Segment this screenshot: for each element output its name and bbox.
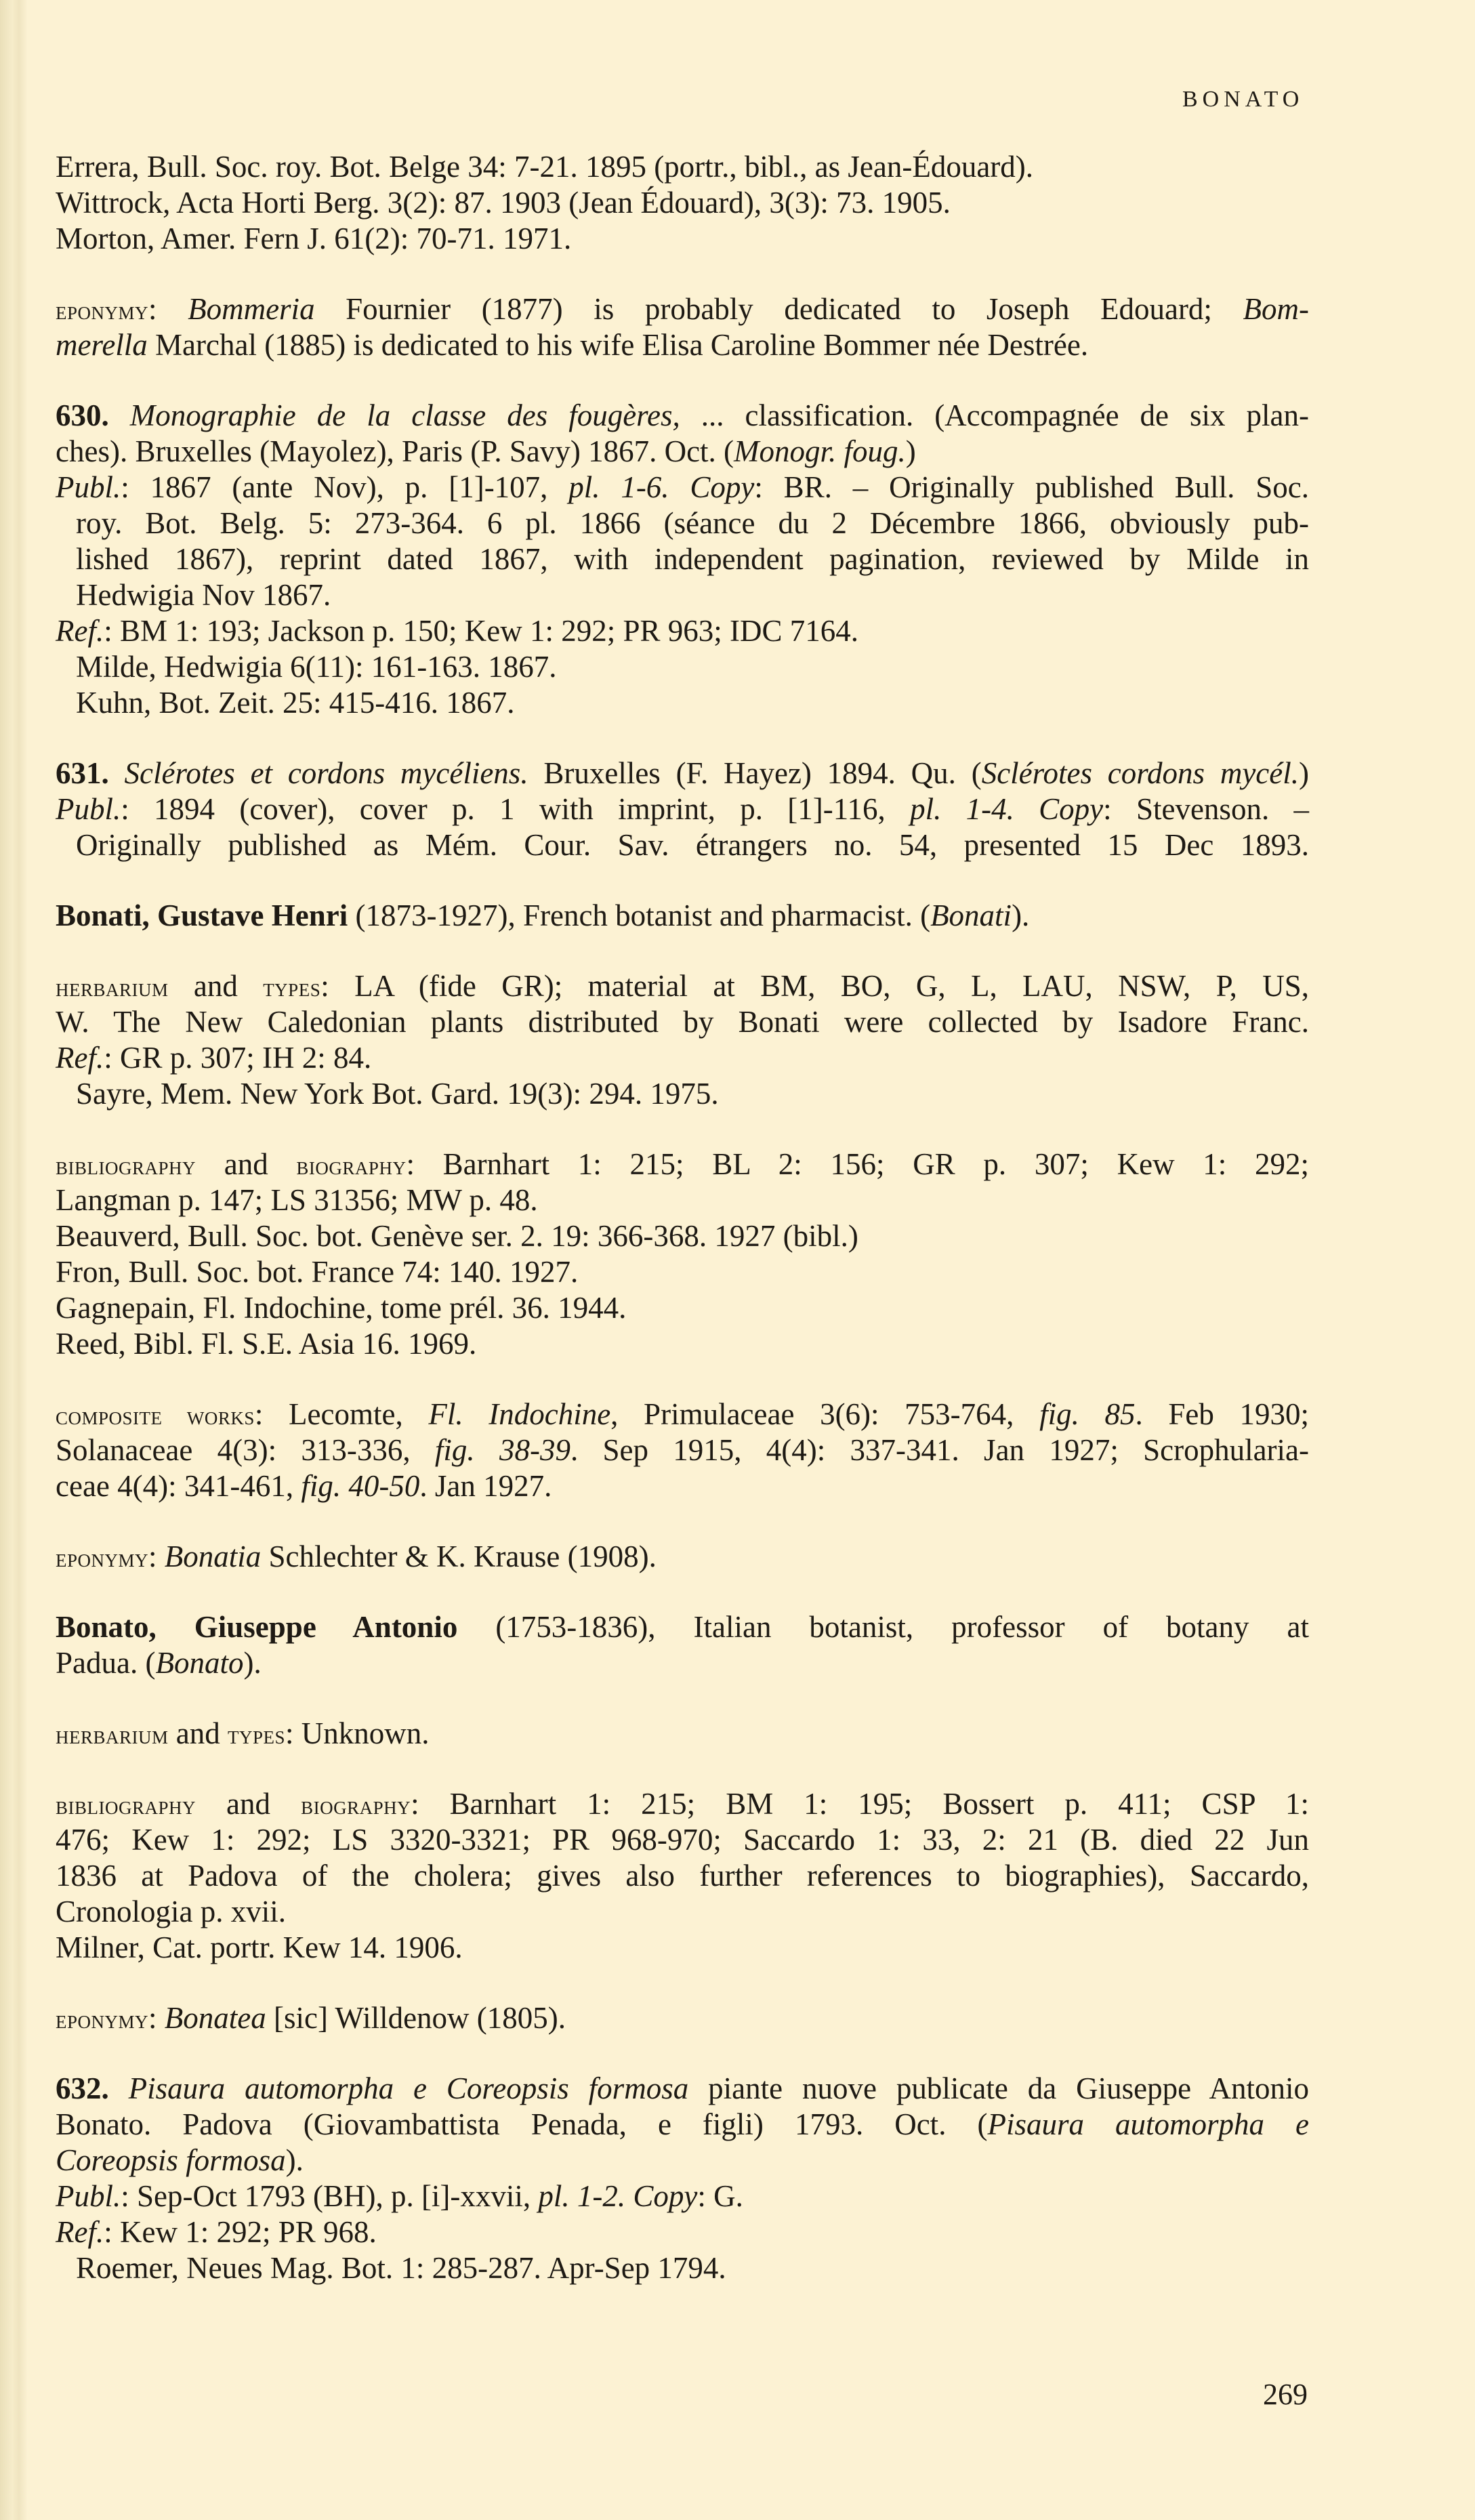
text-line: Errera, Bull. Soc. roy. Bot. Belge 34: 7…	[56, 149, 1309, 185]
text-run: roy. Bot. Belg. 5: 273-364. 6 pl. 1866 (…	[76, 506, 1309, 540]
italic-run: fig. 38-39	[435, 1433, 570, 1467]
text-run: : 1867 (ante Nov), p. [1]-107,	[121, 470, 568, 504]
text-line: Langman p. 147; LS 31356; MW p. 48.	[56, 1182, 1309, 1218]
text-line: HERBARIUM and TYPES: LA (fide GR); mater…	[56, 968, 1309, 1004]
text-line: 630. Monographie de la classe des fougèr…	[56, 398, 1309, 434]
text-run: Fournier (1877) is probably dedicated to…	[315, 292, 1243, 326]
text-line: ches). Bruxelles (Mayolez), Paris (P. Sa…	[56, 434, 1309, 470]
text-line: Reed, Bibl. Fl. S.E. Asia 16. 1969.	[56, 1326, 1309, 1362]
text-run: and	[196, 1147, 296, 1181]
text-line: HERBARIUM and TYPES: Unknown.	[56, 1716, 1309, 1752]
text-run: Solanaceae 4(3): 313-336,	[56, 1433, 435, 1467]
text-run: : Barnhart 1: 215; BM 1: 195; Bossert p.…	[411, 1787, 1309, 1821]
text-run: . Jan 1927.	[419, 1469, 552, 1503]
text-line: EPONYMY: Bonatia Schlechter & K. Krause …	[56, 1539, 1309, 1575]
italic-run: Publ.	[56, 470, 121, 504]
italic-run: pl. 1-6. Copy	[568, 470, 754, 504]
smallcaps-label: BIOGRAPHY	[301, 1792, 411, 1820]
text-run: : Kew 1: 292; PR 968.	[104, 2215, 377, 2249]
text-line: Bonati, Gustave Henri (1873-1927), Frenc…	[56, 898, 1309, 934]
italic-run: Bom-	[1243, 292, 1309, 326]
italic-run: Monographie de la classe des fougères,	[130, 398, 680, 432]
text-line: roy. Bot. Belg. 5: 273-364. 6 pl. 1866 (…	[76, 505, 1309, 541]
italic-run: Sclérotes et cordons mycéliens.	[125, 756, 528, 790]
italic-run: Ref.	[56, 1041, 104, 1075]
text-run: . Feb 1930;	[1135, 1397, 1309, 1431]
smallcaps-label: EPONYMY	[56, 2006, 148, 2034]
text-run: Originally published as Mém. Cour. Sav. …	[76, 828, 1309, 862]
smallcaps-label: EPONYMY	[56, 297, 148, 325]
smallcaps-label: HERBARIUM	[56, 974, 169, 1002]
italic-run: Ref.	[56, 2215, 104, 2249]
text-run: : BR. – Originally published Bull. Soc.	[754, 470, 1309, 504]
text-run: Fron, Bull. Soc. bot. France 74: 140. 19…	[56, 1255, 578, 1289]
bold-heading: Bonato, Giuseppe Antonio	[56, 1610, 457, 1644]
text-run: : GR p. 307; IH 2: 84.	[104, 1041, 371, 1075]
text-run: )	[906, 434, 916, 468]
smallcaps-label: HERBARIUM	[56, 1721, 169, 1750]
text-run: Bruxelles (F. Hayez) 1894. Qu. (	[528, 756, 982, 790]
book-page: BONATO Errera, Bull. Soc. roy. Bot. Belg…	[0, 0, 1475, 2520]
text-run: : Stevenson. –	[1103, 792, 1309, 826]
text-run: Beauverd, Bull. Soc. bot. Genève ser. 2.…	[56, 1219, 858, 1253]
smallcaps-label: EPONYMY	[56, 1544, 148, 1573]
text-run: ).	[286, 2143, 304, 2177]
text-run	[109, 2071, 129, 2105]
text-run: , Primulaceae 3(6): 753-764,	[610, 1397, 1039, 1431]
text-run: Reed, Bibl. Fl. S.E. Asia 16. 1969.	[56, 1327, 476, 1361]
text-line: Sayre, Mem. New York Bot. Gard. 19(3): 2…	[76, 1076, 1309, 1112]
bold-heading: 631.	[56, 756, 109, 790]
italic-run: fig. 40-50	[301, 1469, 419, 1503]
text-run: ).	[1012, 898, 1029, 932]
text-run: Marchal (1885) is dedicated to his wife …	[148, 328, 1088, 362]
smallcaps-label: TYPES	[263, 974, 320, 1002]
bold-heading: 632.	[56, 2071, 109, 2105]
text-line: Roemer, Neues Mag. Bot. 1: 285-287. Apr-…	[76, 2250, 1309, 2286]
text-run: Roemer, Neues Mag. Bot. 1: 285-287. Apr-…	[76, 2251, 726, 2285]
text-run: Errera, Bull. Soc. roy. Bot. Belge 34: 7…	[56, 150, 1033, 184]
text-run: Wittrock, Acta Horti Berg. 3(2): 87. 190…	[56, 186, 951, 220]
text-run: (1753-1836), Italian botanist, professor…	[457, 1610, 1309, 1644]
italic-run: Bonatia	[165, 1540, 262, 1573]
text-line: 1836 at Padova of the cholera; gives als…	[56, 1858, 1309, 1894]
text-run: )	[1299, 756, 1309, 790]
running-head: BONATO	[1182, 87, 1304, 112]
text-run: : Lecomte,	[255, 1397, 428, 1431]
bold-heading: Bonati, Gustave Henri	[56, 898, 348, 932]
text-run: : Sep-Oct 1793 (BH), p. [i]-xxvii,	[121, 2179, 538, 2213]
text-line: Publ.: Sep-Oct 1793 (BH), p. [i]-xxvii, …	[56, 2178, 1309, 2214]
text-line: lished 1867), reprint dated 1867, with i…	[76, 541, 1309, 577]
text-run: 1836 at Padova of the cholera; gives als…	[56, 1859, 1309, 1893]
text-run: Cronologia p. xvii.	[56, 1895, 286, 1928]
page-number: 269	[1263, 2377, 1308, 2412]
text-line: Fron, Bull. Soc. bot. France 74: 140. 19…	[56, 1254, 1309, 1290]
text-run: :	[148, 1540, 165, 1573]
text-line: merella Marchal (1885) is dedicated to h…	[56, 327, 1309, 363]
text-line: Ref.: Kew 1: 292; PR 968.	[56, 2214, 1309, 2250]
text-line: Ref.: GR p. 307; IH 2: 84.	[56, 1040, 1309, 1076]
text-run: ... classification. (Accompagnée de six …	[680, 398, 1309, 432]
bold-heading: 630.	[56, 398, 109, 432]
text-line: 632. Pisaura automorpha e Coreopsis form…	[56, 2071, 1309, 2107]
text-line: BIBLIOGRAPHY and BIOGRAPHY: Barnhart 1: …	[56, 1786, 1309, 1822]
text-run: : 1894 (cover), cover p. 1 with imprint,…	[121, 792, 910, 826]
italic-run: Publ.	[56, 2179, 121, 2213]
text-run: W. The New Caledonian plants distributed…	[56, 1005, 1309, 1039]
text-run: : BM 1: 193; Jackson p. 150; Kew 1: 292;…	[104, 614, 858, 648]
text-line: Morton, Amer. Fern J. 61(2): 70-71. 1971…	[56, 221, 1309, 257]
text-line: Bonato, Giuseppe Antonio (1753-1836), It…	[56, 1609, 1309, 1645]
text-line: Wittrock, Acta Horti Berg. 3(2): 87. 190…	[56, 185, 1309, 221]
text-line: 476; Kew 1: 292; LS 3320-3321; PR 968-97…	[56, 1822, 1309, 1858]
text-line: Beauverd, Bull. Soc. bot. Genève ser. 2.…	[56, 1218, 1309, 1254]
text-run	[109, 398, 130, 432]
text-line: ceae 4(4): 341-461, fig. 40-50. Jan 1927…	[56, 1468, 1309, 1504]
italic-run: Bonatea	[165, 2001, 266, 2035]
text-line: COMPOSITE WORKS: Lecomte, Fl. Indochine,…	[56, 1397, 1309, 1432]
text-line: Padua. (Bonato).	[56, 1645, 1309, 1681]
text-run: : G.	[697, 2179, 743, 2213]
text-run: Gagnepain, Fl. Indochine, tome prél. 36.…	[56, 1291, 626, 1325]
text-line: Publ.: 1894 (cover), cover p. 1 with imp…	[56, 791, 1309, 827]
text-line: Ref.: BM 1: 193; Jackson p. 150; Kew 1: …	[56, 613, 1309, 649]
text-run: Schlechter & K. Krause (1908).	[261, 1540, 657, 1573]
text-run: Padua. (	[56, 1646, 155, 1680]
text-run: Milde, Hedwigia 6(11): 161-163. 1867.	[76, 650, 556, 684]
italic-run: Publ.	[56, 792, 121, 826]
text-line: Milde, Hedwigia 6(11): 161-163. 1867.	[76, 649, 1309, 685]
italic-run: Pisaura automorpha e Coreopsis formosa	[129, 2071, 689, 2105]
italic-run: Coreopsis formosa	[56, 2143, 286, 2177]
italic-run: Pisaura automorpha e	[987, 2107, 1309, 2141]
italic-run: Bonati	[930, 898, 1012, 932]
text-line: Solanaceae 4(3): 313-336, fig. 38-39. Se…	[56, 1432, 1309, 1468]
italic-run: pl. 1-2. Copy	[538, 2179, 697, 2213]
text-line: Coreopsis formosa).	[56, 2143, 1309, 2178]
text-line: Hedwigia Nov 1867.	[76, 577, 1309, 613]
smallcaps-label: BIOGRAPHY	[296, 1152, 406, 1180]
italic-run: Bonato	[155, 1646, 243, 1680]
smallcaps-label: BIBLIOGRAPHY	[56, 1792, 196, 1820]
text-line: BIBLIOGRAPHY and BIOGRAPHY: Barnhart 1: …	[56, 1147, 1309, 1182]
text-run: Morton, Amer. Fern J. 61(2): 70-71. 1971…	[56, 222, 571, 255]
text-line: Cronologia p. xvii.	[56, 1894, 1309, 1930]
text-run: ceae 4(4): 341-461,	[56, 1469, 301, 1503]
smallcaps-label: COMPOSITE WORKS	[56, 1402, 255, 1430]
text-line: Milner, Cat. portr. Kew 14. 1906.	[56, 1930, 1309, 1966]
text-run: :	[148, 292, 188, 326]
italic-run: Monogr. foug.	[734, 434, 906, 468]
text-run: and	[169, 969, 264, 1003]
text-run: Milner, Cat. portr. Kew 14. 1906.	[56, 1930, 463, 1964]
italic-run: Bommeria	[188, 292, 314, 326]
italic-run: Ref.	[56, 614, 104, 648]
text-run: piante nuove publicate da Giuseppe Anton…	[688, 2071, 1309, 2105]
text-line: Publ.: 1867 (ante Nov), p. [1]-107, pl. …	[56, 470, 1309, 505]
italic-run: pl. 1-4. Copy	[910, 792, 1103, 826]
text-run: ).	[243, 1646, 261, 1680]
text-run: Bonato. Padova (Giovambattista Penada, e…	[56, 2107, 987, 2141]
text-line: EPONYMY: Bommeria Fournier (1877) is pro…	[56, 291, 1309, 327]
text-run: Kuhn, Bot. Zeit. 25: 415-416. 1867.	[76, 686, 514, 720]
italic-run: Sclérotes cordons mycél.	[982, 756, 1299, 790]
text-run: Langman p. 147; LS 31356; MW p. 48.	[56, 1183, 538, 1217]
text-run: : LA (fide GR); material at BM, BO, G, L…	[320, 969, 1309, 1003]
text-run: lished 1867), reprint dated 1867, with i…	[76, 542, 1309, 576]
text-line: EPONYMY: Bonatea [sic] Willdenow (1805).	[56, 2000, 1309, 2036]
text-run: . Sep 1915, 4(4): 337-341. Jan 1927; Scr…	[570, 1433, 1309, 1467]
text-line: Originally published as Mém. Cour. Sav. …	[76, 827, 1309, 863]
text-run: and	[169, 1716, 228, 1750]
text-run	[109, 756, 125, 790]
text-run: (1873-1927), French botanist and pharmac…	[348, 898, 930, 932]
text-run: : Barnhart 1: 215; BL 2: 156; GR p. 307;…	[406, 1147, 1309, 1181]
text-line: 631. Sclérotes et cordons mycéliens. Bru…	[56, 756, 1309, 791]
text-line: Gagnepain, Fl. Indochine, tome prél. 36.…	[56, 1290, 1309, 1326]
text-run: :	[148, 2001, 165, 2035]
smallcaps-label: TYPES	[228, 1721, 285, 1750]
text-run: : Unknown.	[285, 1716, 430, 1750]
text-run: 476; Kew 1: 292; LS 3320-3321; PR 968-97…	[56, 1823, 1309, 1857]
text-line: Bonato. Padova (Giovambattista Penada, e…	[56, 2107, 1309, 2143]
italic-run: Fl. Indochine	[428, 1397, 610, 1431]
italic-run: fig. 85	[1039, 1397, 1135, 1431]
italic-run: merella	[56, 328, 148, 362]
text-run: ches). Bruxelles (Mayolez), Paris (P. Sa…	[56, 434, 734, 468]
text-run: [sic] Willdenow (1805).	[266, 2001, 566, 2035]
text-line: Kuhn, Bot. Zeit. 25: 415-416. 1867.	[76, 685, 1309, 721]
text-run: Sayre, Mem. New York Bot. Gard. 19(3): 2…	[76, 1077, 719, 1111]
text-run: and	[196, 1787, 301, 1821]
text-line: W. The New Caledonian plants distributed…	[56, 1004, 1309, 1040]
text-run: Hedwigia Nov 1867.	[76, 578, 331, 612]
smallcaps-label: BIBLIOGRAPHY	[56, 1152, 196, 1180]
